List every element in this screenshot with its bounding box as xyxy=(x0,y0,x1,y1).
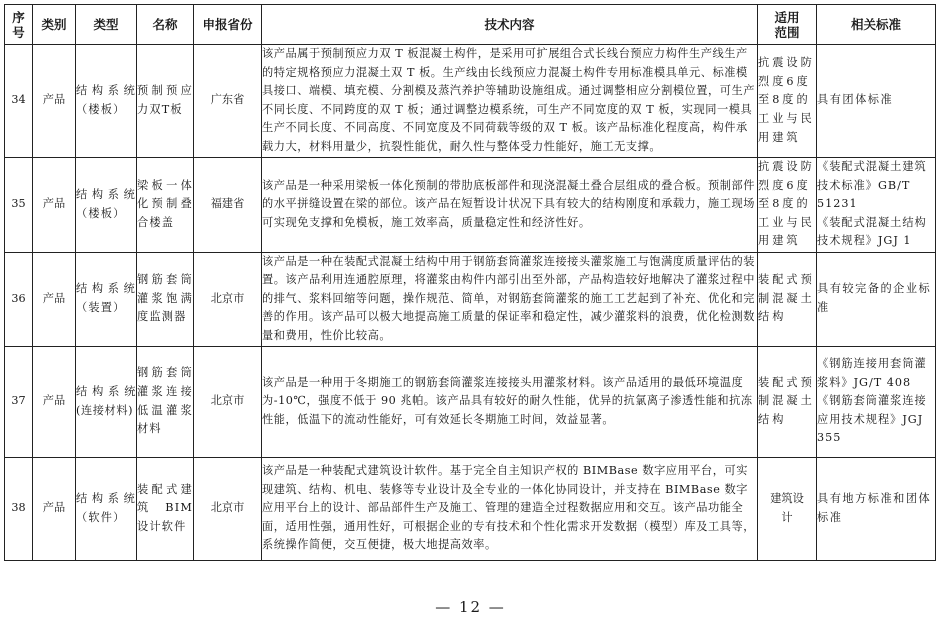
page-number: — 12 — xyxy=(0,598,941,616)
row-standards: 具有团体标准 xyxy=(817,45,936,158)
row-province: 北京市 xyxy=(194,346,262,457)
row-province: 福建省 xyxy=(194,157,262,252)
row-category: 产品 xyxy=(33,157,76,252)
row-category: 产品 xyxy=(33,252,76,346)
row-type: 结构系统（楼板） xyxy=(76,45,137,158)
row-name: 钢筋套筒灌浆连接低温灌浆材料 xyxy=(137,346,194,457)
row-no: 37 xyxy=(5,346,33,457)
header-name: 名称 xyxy=(137,5,194,45)
table-row: 38 产品 结构系统（软件） 装配式建筑 BIM 设计软件 北京市 该产品是一种… xyxy=(5,457,936,560)
row-type: 结构系统（软件） xyxy=(76,457,137,560)
row-tech: 该产品是一种装配式建筑设计软件。基于完全自主知识产权的 BIMBase 数字应用… xyxy=(262,457,758,560)
header-scope: 适用范围 xyxy=(758,5,817,45)
row-province: 广东省 xyxy=(194,45,262,158)
row-province: 北京市 xyxy=(194,252,262,346)
row-standards: 《钢筋连接用套筒灌浆料》JG/T 408 《钢筋套筒灌浆连接应用技术规程》JGJ… xyxy=(817,346,936,457)
table-row: 35 产品 结构系统（楼板） 梁板一体化预制叠合楼盖 福建省 该产品是一种采用梁… xyxy=(5,157,936,252)
header-no: 序号 xyxy=(5,5,33,45)
row-scope: 抗震设防烈度6度至8度的工业与民用建筑 xyxy=(758,157,817,252)
row-tech: 该产品是一种采用梁板一体化预制的带肋底板部件和现浇混凝土叠合层组成的叠合板。预制… xyxy=(262,157,758,252)
table-row: 34 产品 结构系统（楼板） 预制预应力双T板 广东省 该产品属于预制预应力双 … xyxy=(5,45,936,158)
row-type: 结构系统(连接材料) xyxy=(76,346,137,457)
header-standards: 相关标准 xyxy=(817,5,936,45)
row-tech: 该产品是一种在装配式混凝土结构中用于钢筋套筒灌浆连接接头灌浆施工与饱满度质量评估… xyxy=(262,252,758,346)
row-standards: 具有地方标准和团体标准 xyxy=(817,457,936,560)
row-scope: 建筑设计 xyxy=(758,457,817,560)
row-no: 36 xyxy=(5,252,33,346)
header-type: 类型 xyxy=(76,5,137,45)
row-type: 结构系统（楼板） xyxy=(76,157,137,252)
row-name: 钢筋套筒灌浆饱满度监测器 xyxy=(137,252,194,346)
row-category: 产品 xyxy=(33,346,76,457)
row-no: 35 xyxy=(5,157,33,252)
row-scope: 装配式预制混凝土结构 xyxy=(758,252,817,346)
product-table: 序号 类别 类型 名称 申报省份 技术内容 适用范围 相关标准 34 产品 结构… xyxy=(4,4,936,561)
row-scope: 抗震设防烈度6度至8度的工业与民用建筑 xyxy=(758,45,817,158)
row-name: 梁板一体化预制叠合楼盖 xyxy=(137,157,194,252)
row-type: 结构系统（装置） xyxy=(76,252,137,346)
row-no: 38 xyxy=(5,457,33,560)
row-standards: 具有较完备的企业标准 xyxy=(817,252,936,346)
row-standards: 《装配式混凝土建筑技术标准》GB/T 51231 《装配式混凝土结构技术规程》J… xyxy=(817,157,936,252)
row-name: 装配式建筑 BIM 设计软件 xyxy=(137,457,194,560)
row-category: 产品 xyxy=(33,45,76,158)
header-category: 类别 xyxy=(33,5,76,45)
row-name: 预制预应力双T板 xyxy=(137,45,194,158)
row-tech: 该产品是一种用于冬期施工的钢筋套筒灌浆连接接头用灌浆材料。该产品适用的最低环境温… xyxy=(262,346,758,457)
header-province: 申报省份 xyxy=(194,5,262,45)
row-category: 产品 xyxy=(33,457,76,560)
header-tech: 技术内容 xyxy=(262,5,758,45)
row-scope: 装配式预制混凝土结构 xyxy=(758,346,817,457)
row-tech: 该产品属于预制预应力双 T 板混凝土构件，是采用可扩展组合式长线台预应力构件生产… xyxy=(262,45,758,158)
row-no: 34 xyxy=(5,45,33,158)
table-row: 36 产品 结构系统（装置） 钢筋套筒灌浆饱满度监测器 北京市 该产品是一种在装… xyxy=(5,252,936,346)
row-province: 北京市 xyxy=(194,457,262,560)
table-row: 37 产品 结构系统(连接材料) 钢筋套筒灌浆连接低温灌浆材料 北京市 该产品是… xyxy=(5,346,936,457)
table-header-row: 序号 类别 类型 名称 申报省份 技术内容 适用范围 相关标准 xyxy=(5,5,936,45)
